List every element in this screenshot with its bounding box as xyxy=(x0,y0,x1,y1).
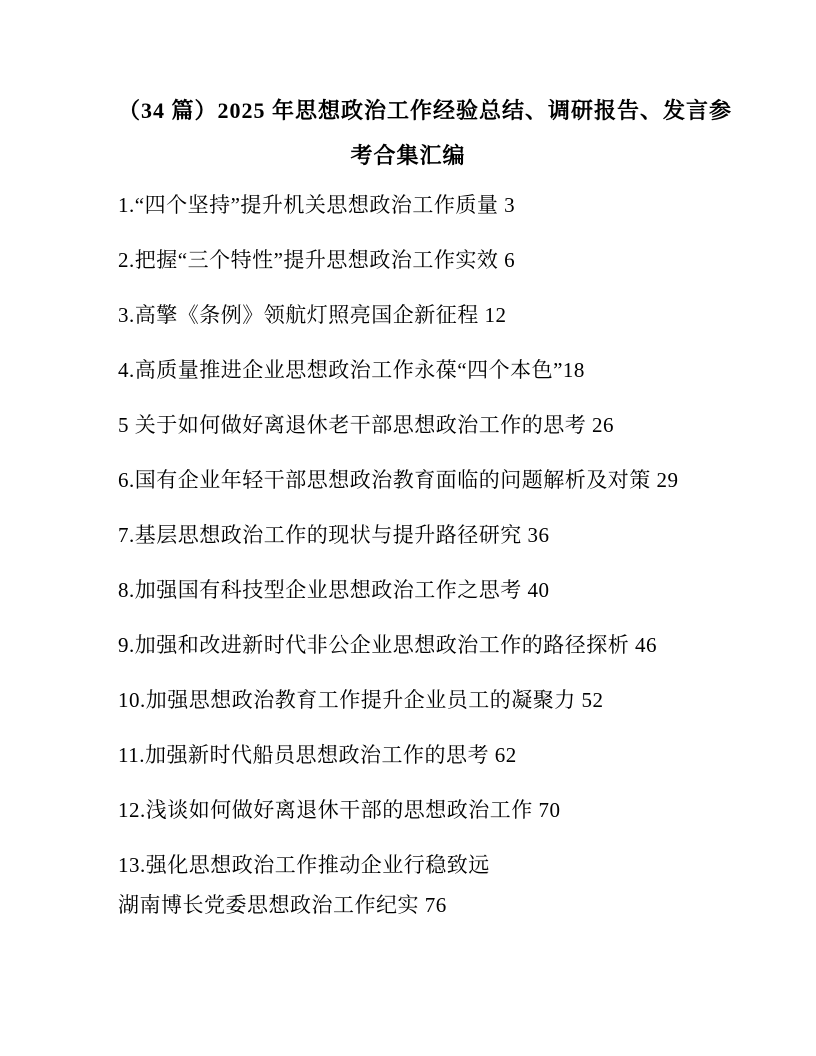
toc-item-9: 9.加强和改进新时代非公企业思想政治工作的路径探析 46 xyxy=(118,625,698,665)
document-page: （34 篇）2025 年思想政治工作经验总结、调研报告、发言参 考合集汇编 1.… xyxy=(0,0,816,1056)
toc-item-text: 9.加强和改进新时代非公企业思想政治工作的路径探析 46 xyxy=(118,625,698,665)
toc-item-6: 6.国有企业年轻干部思想政治教育面临的问题解析及对策 29 xyxy=(118,460,698,500)
toc-item-text: 6.国有企业年轻干部思想政治教育面临的问题解析及对策 29 xyxy=(118,460,698,500)
toc-item-5: 5 关于如何做好离退休老干部思想政治工作的思考 26 xyxy=(118,405,698,445)
toc-item-text: 7.基层思想政治工作的现状与提升路径研究 36 xyxy=(118,515,698,555)
document-title-line2: 考合集汇编 xyxy=(118,133,698,178)
toc-item-text: 10.加强思想政治教育工作提升企业员工的凝聚力 52 xyxy=(118,680,698,720)
table-of-contents: 1.“四个坚持”提升机关思想政治工作质量 3 2.把握“三个特性”提升思想政治工… xyxy=(118,185,698,925)
document-title-line1: （34 篇）2025 年思想政治工作经验总结、调研报告、发言参 xyxy=(118,88,698,133)
toc-item-3: 3.高擎《条例》领航灯照亮国企新征程 12 xyxy=(118,295,698,335)
toc-item-12: 12.浅谈如何做好离退休干部的思想政治工作 70 xyxy=(118,790,698,830)
toc-item-text: 5 关于如何做好离退休老干部思想政治工作的思考 26 xyxy=(118,405,698,445)
toc-item-subtitle-text: 湖南博长党委思想政治工作纪实 76 xyxy=(118,885,698,925)
toc-item-text: 2.把握“三个特性”提升思想政治工作实效 6 xyxy=(118,240,698,280)
toc-item-text: 12.浅谈如何做好离退休干部的思想政治工作 70 xyxy=(118,790,698,830)
toc-item-text: 4.高质量推进企业思想政治工作永葆“四个本色”18 xyxy=(118,350,698,390)
toc-item-text: 3.高擎《条例》领航灯照亮国企新征程 12 xyxy=(118,295,698,335)
toc-item-10: 10.加强思想政治教育工作提升企业员工的凝聚力 52 xyxy=(118,680,698,720)
toc-item-text: 1.“四个坚持”提升机关思想政治工作质量 3 xyxy=(118,185,698,225)
toc-item-text: 13.强化思想政治工作推动企业行稳致远 xyxy=(118,845,698,885)
toc-item-1: 1.“四个坚持”提升机关思想政治工作质量 3 xyxy=(118,185,698,225)
document-title: （34 篇）2025 年思想政治工作经验总结、调研报告、发言参 考合集汇编 xyxy=(118,88,698,178)
toc-item-4: 4.高质量推进企业思想政治工作永葆“四个本色”18 xyxy=(118,350,698,390)
toc-item-2: 2.把握“三个特性”提升思想政治工作实效 6 xyxy=(118,240,698,280)
toc-item-text: 8.加强国有科技型企业思想政治工作之思考 40 xyxy=(118,570,698,610)
toc-item-text: 11.加强新时代船员思想政治工作的思考 62 xyxy=(118,735,698,775)
toc-item-7: 7.基层思想政治工作的现状与提升路径研究 36 xyxy=(118,515,698,555)
toc-item-8: 8.加强国有科技型企业思想政治工作之思考 40 xyxy=(118,570,698,610)
toc-item-11: 11.加强新时代船员思想政治工作的思考 62 xyxy=(118,735,698,775)
toc-item-13: 13.强化思想政治工作推动企业行稳致远 湖南博长党委思想政治工作纪实 76 xyxy=(118,845,698,925)
